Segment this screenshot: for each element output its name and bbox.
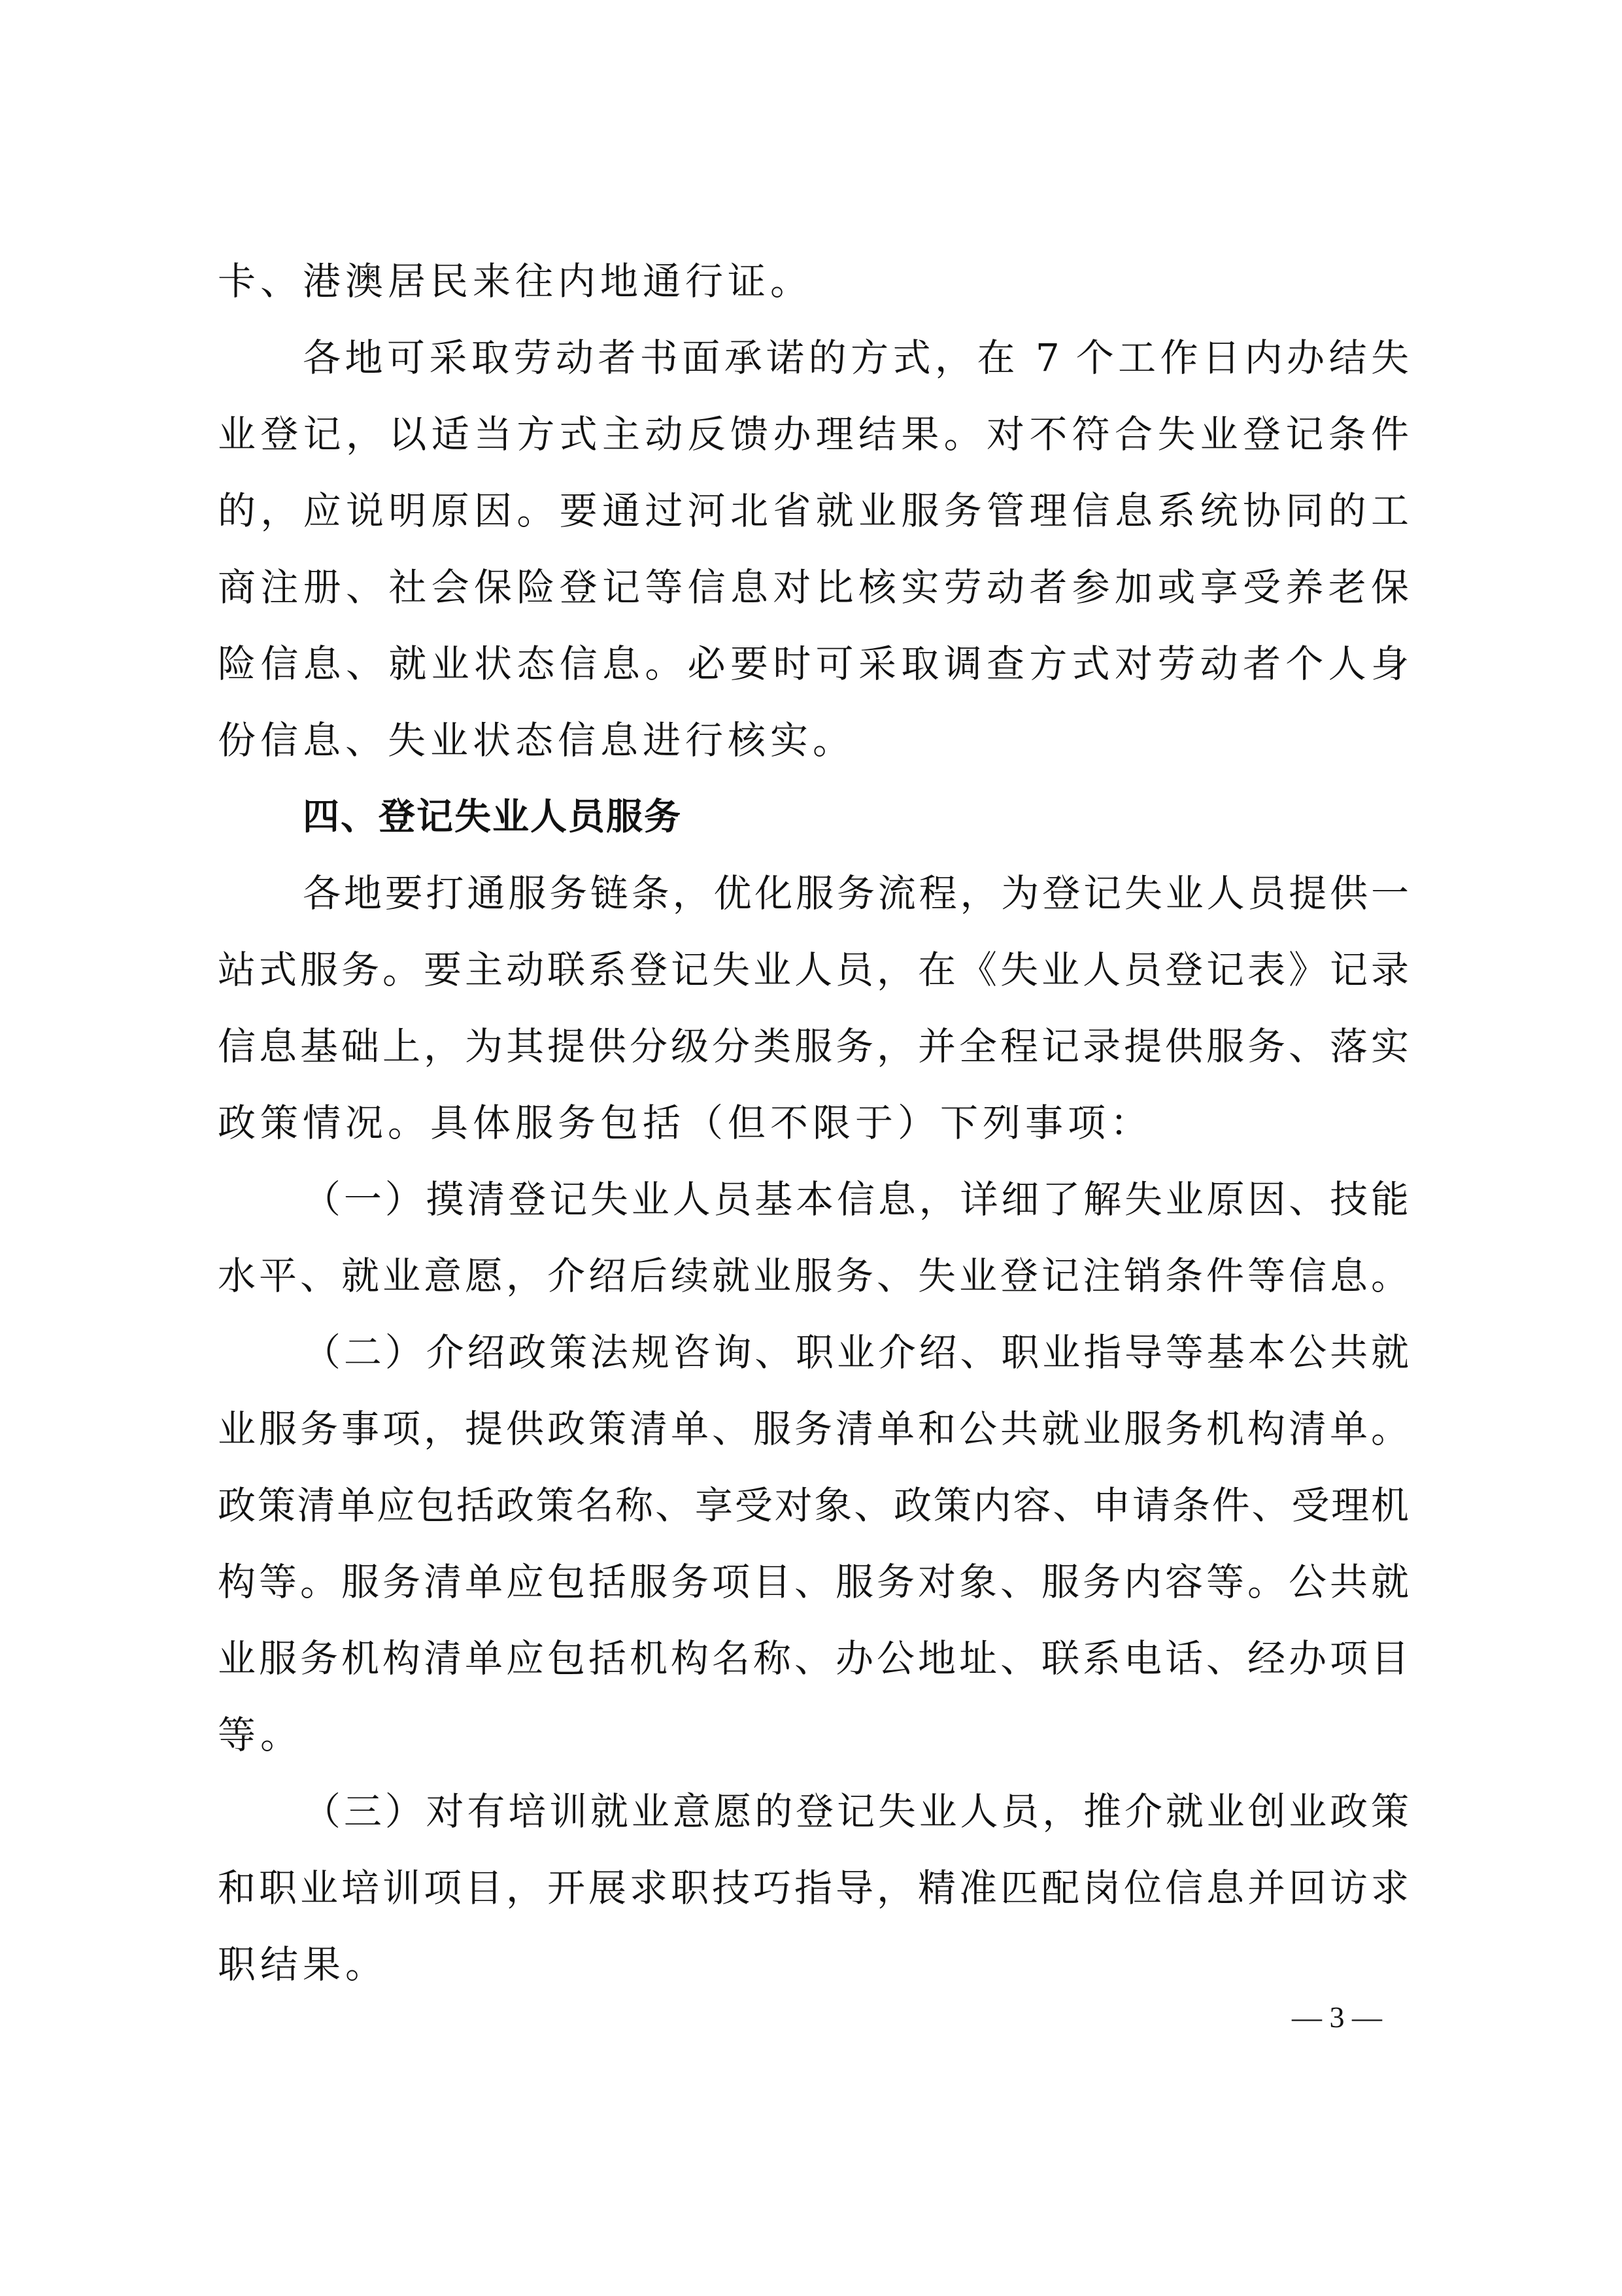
text-line: 业服务事项，提供政策清单、服务清单和公共就业服务机构清单。 bbox=[218, 1391, 1409, 1467]
text-line: 的，应说明原因。要通过河北省就业服务管理信息系统协同的工 bbox=[218, 473, 1409, 549]
text-line: 政策情况。具体服务包括（但不限于）下列事项： bbox=[218, 1085, 1409, 1161]
text-line: 险信息、就业状态信息。必要时可采取调查方式对劳动者个人身 bbox=[218, 626, 1409, 702]
section-heading: 四、登记失业人员服务 bbox=[218, 779, 1409, 855]
list-item-line: （三）对有培训就业意愿的登记失业人员，推介就业创业政策 bbox=[218, 1773, 1409, 1850]
text-line: 各地要打通服务链条，优化服务流程，为登记失业人员提供一 bbox=[218, 855, 1409, 932]
text-line: 各地可采取劳动者书面承诺的方式，在 7 个工作日内办结失 bbox=[218, 320, 1409, 396]
text-line: 业服务机构清单应包括机构名称、办公地址、联系电话、经办项目 bbox=[218, 1620, 1409, 1697]
text-line: 业登记，以适当方式主动反馈办理结果。对不符合失业登记条件 bbox=[218, 396, 1409, 473]
text-line: 商注册、社会保险登记等信息对比核实劳动者参加或享受养老保 bbox=[218, 549, 1409, 626]
page-number: — 3 — bbox=[1278, 2001, 1396, 2034]
text-line: 和职业培训项目，开展求职技巧指导，精准匹配岗位信息并回访求 bbox=[218, 1850, 1409, 1927]
document-page: 卡、港澳居民来往内地通行证。 各地可采取劳动者书面承诺的方式，在 7 个工作日内… bbox=[0, 0, 1622, 2296]
text-line: 站式服务。要主动联系登记失业人员，在《失业人员登记表》记录 bbox=[218, 932, 1409, 1008]
text-line: 政策清单应包括政策名称、享受对象、政策内容、申请条件、受理机 bbox=[218, 1467, 1409, 1544]
list-item-line: （一）摸清登记失业人员基本信息，详细了解失业原因、技能 bbox=[218, 1161, 1409, 1238]
document-body: 卡、港澳居民来往内地通行证。 各地可采取劳动者书面承诺的方式，在 7 个工作日内… bbox=[218, 243, 1409, 2003]
text-line: 份信息、失业状态信息进行核实。 bbox=[218, 702, 1409, 779]
text-line: 信息基础上，为其提供分级分类服务，并全程记录提供服务、落实 bbox=[218, 1008, 1409, 1085]
list-item-line: （二）介绍政策法规咨询、职业介绍、职业指导等基本公共就 bbox=[218, 1314, 1409, 1391]
text-line: 等。 bbox=[218, 1697, 1409, 1773]
text-line: 职结果。 bbox=[218, 1927, 1409, 2003]
text-line: 卡、港澳居民来往内地通行证。 bbox=[218, 243, 1409, 320]
text-line: 构等。服务清单应包括服务项目、服务对象、服务内容等。公共就 bbox=[218, 1544, 1409, 1620]
text-line: 水平、就业意愿，介绍后续就业服务、失业登记注销条件等信息。 bbox=[218, 1238, 1409, 1314]
